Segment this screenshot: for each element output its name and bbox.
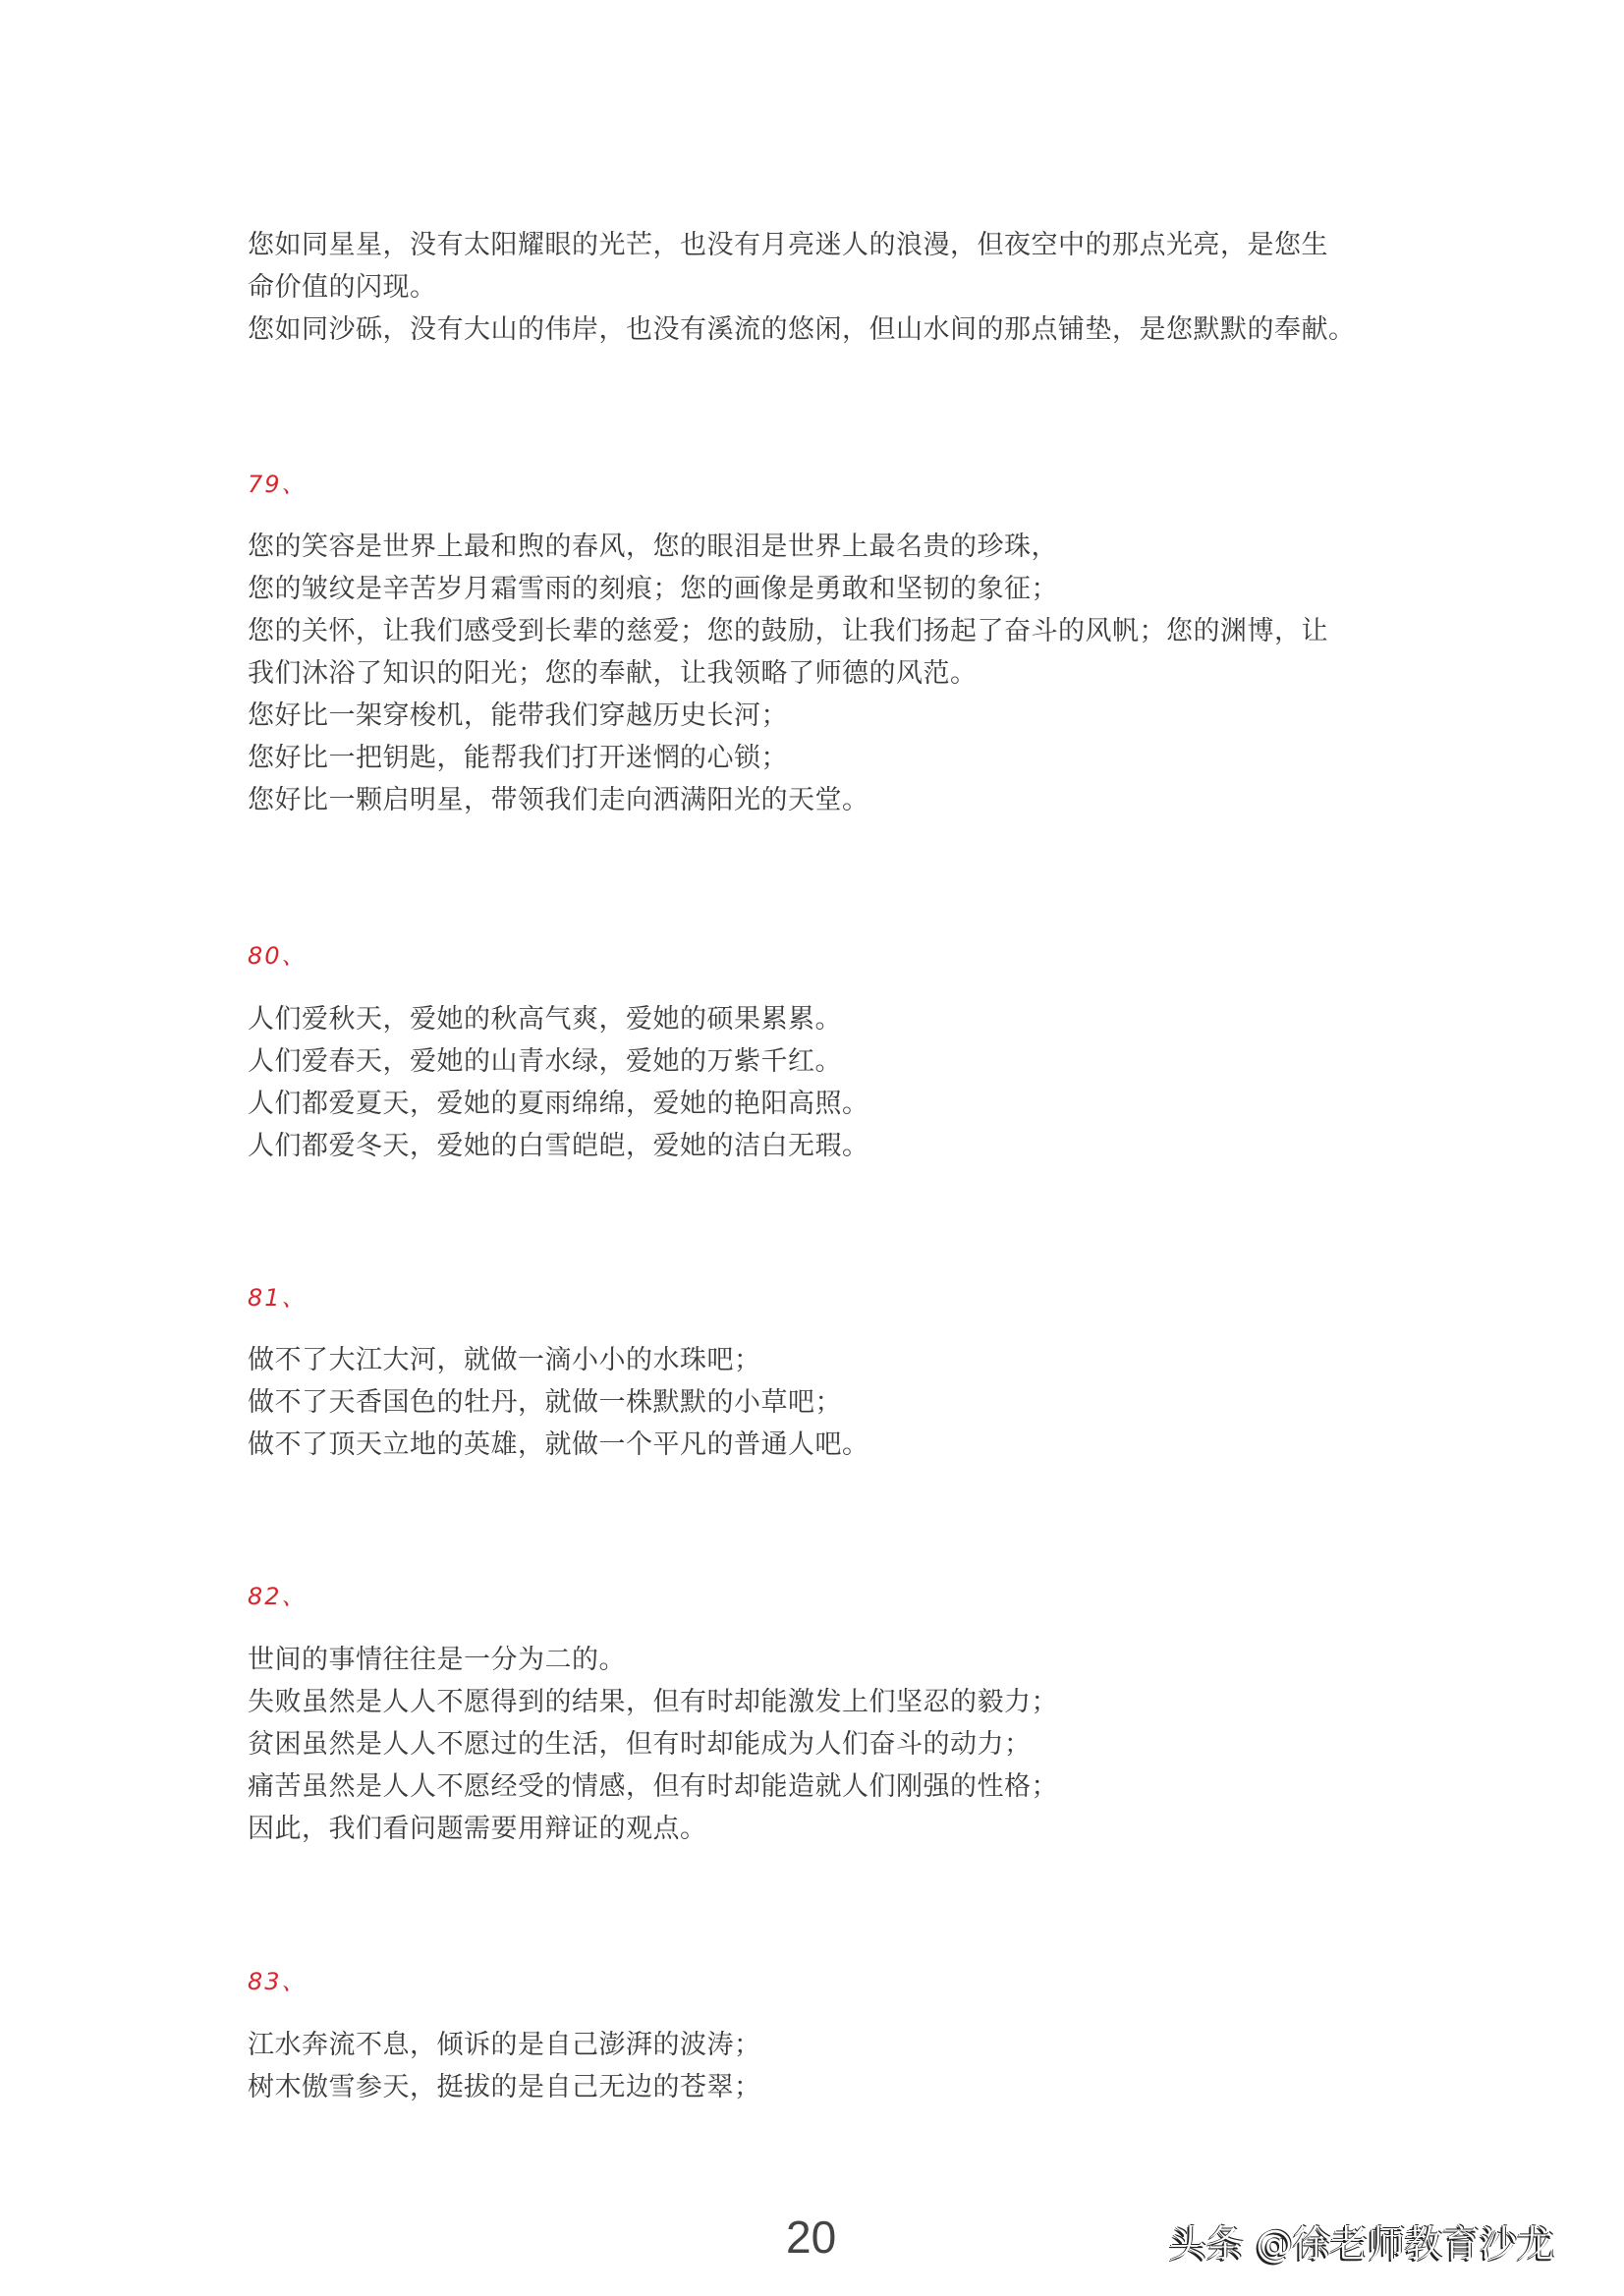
text-line: 您好比一架穿梭机，能带我们穿越历史长河； [248,695,1407,737]
text-line: 贫困虽然是人人不愿过的生活，但有时却能成为人们奋斗的动力； [248,1723,1407,1765]
section-79-body: 您的笑容是世界上最和煦的春风，您的眼泪是世界上最名贵的珍珠， 您的皱纹是辛苦岁月… [248,526,1407,821]
section-number-79: 79、 [248,470,308,499]
section-number-80: 80、 [248,941,308,971]
document-page: 您如同星星，没有太阳耀眼的光芒，也没有月亮迷人的浪漫，但夜空中的那点光亮，是您生… [0,0,1624,2296]
text-line: 您如同星星，没有太阳耀眼的光芒，也没有月亮迷人的浪漫，但夜空中的那点光亮，是您生 [248,224,1407,266]
text-line: 江水奔流不息，倾诉的是自己澎湃的波涛； [248,2024,1407,2066]
text-line: 做不了天香国色的牡丹，就做一株默默的小草吧； [248,1381,1407,1424]
text-line: 我们沐浴了知识的阳光；您的奉献，让我领略了师德的风范。 [248,652,1407,695]
text-line: 您的皱纹是辛苦岁月霜雪雨的刻痕；您的画像是勇敢和坚韧的象征； [248,568,1407,610]
section-82-body: 世间的事情往往是一分为二的。 失败虽然是人人不愿得到的结果，但有时却能激发上们坚… [248,1639,1407,1850]
section-number-82: 82、 [248,1582,308,1611]
text-line: 树木傲雪参天，挺拔的是自己无边的苍翠； [248,2066,1407,2108]
text-line: 世间的事情往往是一分为二的。 [248,1639,1407,1681]
text-line: 命价值的闪现。 [248,266,1407,308]
text-line: 人们都爱冬天，爱她的白雪皑皑，爱她的洁白无瑕。 [248,1125,1407,1167]
text-line: 人们爱秋天，爱她的秋高气爽，爱她的硕果累累。 [248,998,1407,1040]
section-80-body: 人们爱秋天，爱她的秋高气爽，爱她的硕果累累。 人们爱春天，爱她的山青水绿，爱她的… [248,998,1407,1167]
section-number-81: 81、 [248,1283,308,1313]
section-83-body: 江水奔流不息，倾诉的是自己澎湃的波涛； 树木傲雪参天，挺拔的是自己无边的苍翠； [248,2024,1407,2108]
text-line: 痛苦虽然是人人不愿经受的情感，但有时却能造就人们刚强的性格； [248,1765,1407,1808]
text-line: 您的笑容是世界上最和煦的春风，您的眼泪是世界上最名贵的珍珠， [248,526,1407,568]
intro-paragraph: 您如同星星，没有太阳耀眼的光芒，也没有月亮迷人的浪漫，但夜空中的那点光亮，是您生… [248,224,1407,351]
text-line: 人们都爱夏天，爱她的夏雨绵绵，爱她的艳阳高照。 [248,1083,1407,1125]
text-line: 您好比一颗启明星，带领我们走向洒满阳光的天堂。 [248,779,1407,821]
text-line: 做不了大江大河，就做一滴小小的水珠吧； [248,1339,1407,1381]
text-line: 人们爱春天，爱她的山青水绿，爱她的万紫千红。 [248,1040,1407,1083]
watermark: 头条 @徐老师教育沙龙 [1169,2222,1554,2266]
text-line: 您好比一把钥匙，能帮我们打开迷惘的心锁； [248,737,1407,779]
text-line: 做不了顶天立地的英雄，就做一个平凡的普通人吧。 [248,1424,1407,1466]
text-line: 您的关怀，让我们感受到长辈的慈爱；您的鼓励，让我们扬起了奋斗的风帆；您的渊博，让 [248,610,1407,652]
section-81-body: 做不了大江大河，就做一滴小小的水珠吧； 做不了天香国色的牡丹，就做一株默默的小草… [248,1339,1407,1466]
text-line: 因此，我们看问题需要用辩证的观点。 [248,1808,1407,1850]
section-number-83: 83、 [248,1967,308,1996]
page-number: 20 [786,2212,836,2262]
text-line: 您如同沙砾，没有大山的伟岸，也没有溪流的悠闲，但山水间的那点铺垫，是您默默的奉献… [248,308,1407,351]
text-line: 失败虽然是人人不愿得到的结果，但有时却能激发上们坚忍的毅力； [248,1681,1407,1723]
